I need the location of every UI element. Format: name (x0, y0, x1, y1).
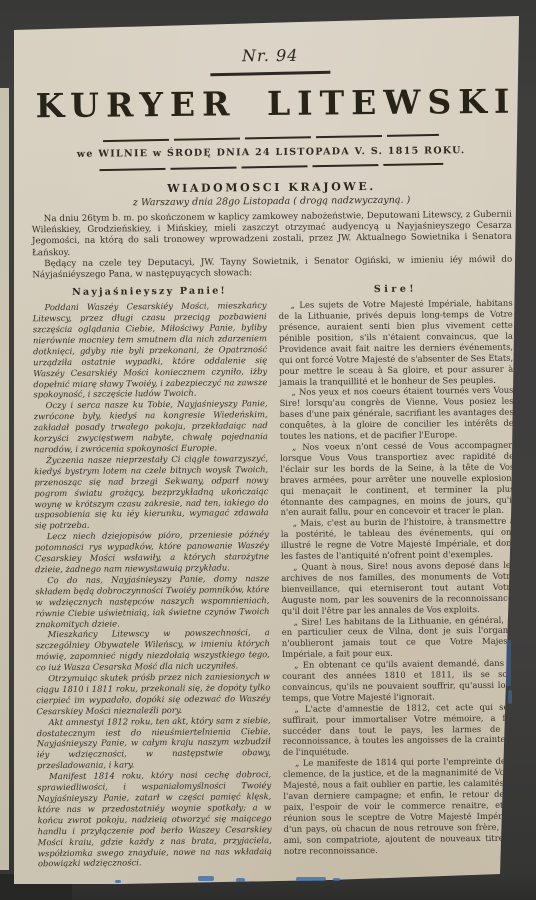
french-column-heading: Sire! (278, 282, 512, 297)
intro-paragraph: Na dniu 26tym b. m. po skończonem w kapl… (32, 210, 512, 259)
speech-paragraph: Otrzymuiąc skutek próśb przez nich zanie… (36, 671, 270, 717)
issue-number: Nr. 94 (30, 44, 510, 69)
binding-page-sliver (0, 88, 9, 870)
rule-above-dateline (103, 134, 439, 142)
speech-paragraph: Poddani Waszéy Cesarskiéy Mości, mieszka… (33, 300, 268, 400)
speech-paragraph: Mieszkańcy Litewscy w powszechności, a s… (36, 627, 270, 673)
blue-edge-mark (506, 640, 511, 686)
speech-paragraph: „ L'acte d'amnestie de 1812, cet acte qu… (282, 701, 517, 758)
speech-paragraph: Manifest 1814 roku, który nosi cechę dob… (37, 769, 272, 869)
rule-under-issue (210, 71, 330, 77)
blue-edge-mark (333, 878, 340, 881)
speech-paragraph: „ Mais, c'est au burin de l'histoire, à … (281, 516, 515, 562)
speech-paragraph: Akt amnestyi 1812 roku, ten akt, który s… (37, 715, 272, 772)
speech-paragraph: Lecz niech dziejopisów pióro, przeniesie… (35, 529, 269, 575)
speech-paragraph: „ Sire! Les habitans de la Lithuanie, en… (282, 614, 516, 660)
masthead-title: KURYER LITEWSKI (30, 82, 510, 127)
polish-column-heading: Nayjaśnieyszy Panie! (32, 284, 266, 299)
speech-paragraph: Co do nas, Nayjaśnieyszy Panie, domy nas… (35, 573, 270, 630)
speech-paragraph: Oczy i serca nasze ku Tobie, Nayjaśnieys… (34, 398, 269, 455)
blue-edge-mark (508, 690, 512, 704)
section-subtitle: z Warszawy dnia 28go Listopada ( drogą n… (32, 194, 512, 211)
speech-paragraph: „ En obtenant ce qu'ils avaient demandé,… (282, 658, 516, 704)
scan-background: Nr. 94 KURYER LITEWSKI we WILNIE w ŚRODĘ… (0, 0, 536, 900)
speech-paragraph: „ Les sujets de Votre Majesté Impériale,… (279, 298, 514, 387)
speech-column-french: Sire! „ Les sujets de Votre Majesté Impé… (278, 282, 518, 867)
page-content: Nr. 94 KURYER LITEWSKI we WILNIE w ŚRODĘ… (30, 32, 518, 870)
speech-paragraph: Życzenia nasze nieprzestały Ci ciągle to… (34, 453, 269, 532)
speech-paragraph: „ Quant à nous, Sire! nous avons deposé … (281, 560, 516, 617)
blue-edge-mark (296, 877, 326, 881)
speech-paragraph: „ Nos yeux et nos coeurs étaient tournés… (279, 385, 514, 442)
blue-edge-mark (198, 876, 214, 881)
speech-paragraph: „ Le manifeste de 1814 qui porte l'empre… (283, 756, 518, 856)
publication-dateline: we WILNIE w ŚRODĘ DNIA 24 LISTOPADA V. S… (31, 145, 511, 162)
intro-paragraph: Będący na czele tey Deputacyi, JW. Tayny… (32, 254, 512, 281)
blue-edge-mark (115, 880, 121, 883)
rule-below-dateline (99, 163, 443, 171)
speech-columns: Nayjaśnieyszy Panie! Poddani Waszéy Cesa… (32, 282, 518, 870)
speech-paragraph: „ Nos voeux n'ont cessé de Vous accompag… (280, 440, 515, 519)
intro-block: Na dniu 26tym b. m. po skończonem w kapl… (32, 210, 513, 282)
speech-column-polish: Nayjaśnieyszy Panie! Poddani Waszéy Cesa… (32, 284, 272, 869)
blue-edge-mark (236, 878, 245, 882)
newspaper-page: Nr. 94 KURYER LITEWSKI we WILNIE w ŚRODĘ… (0, 0, 536, 900)
